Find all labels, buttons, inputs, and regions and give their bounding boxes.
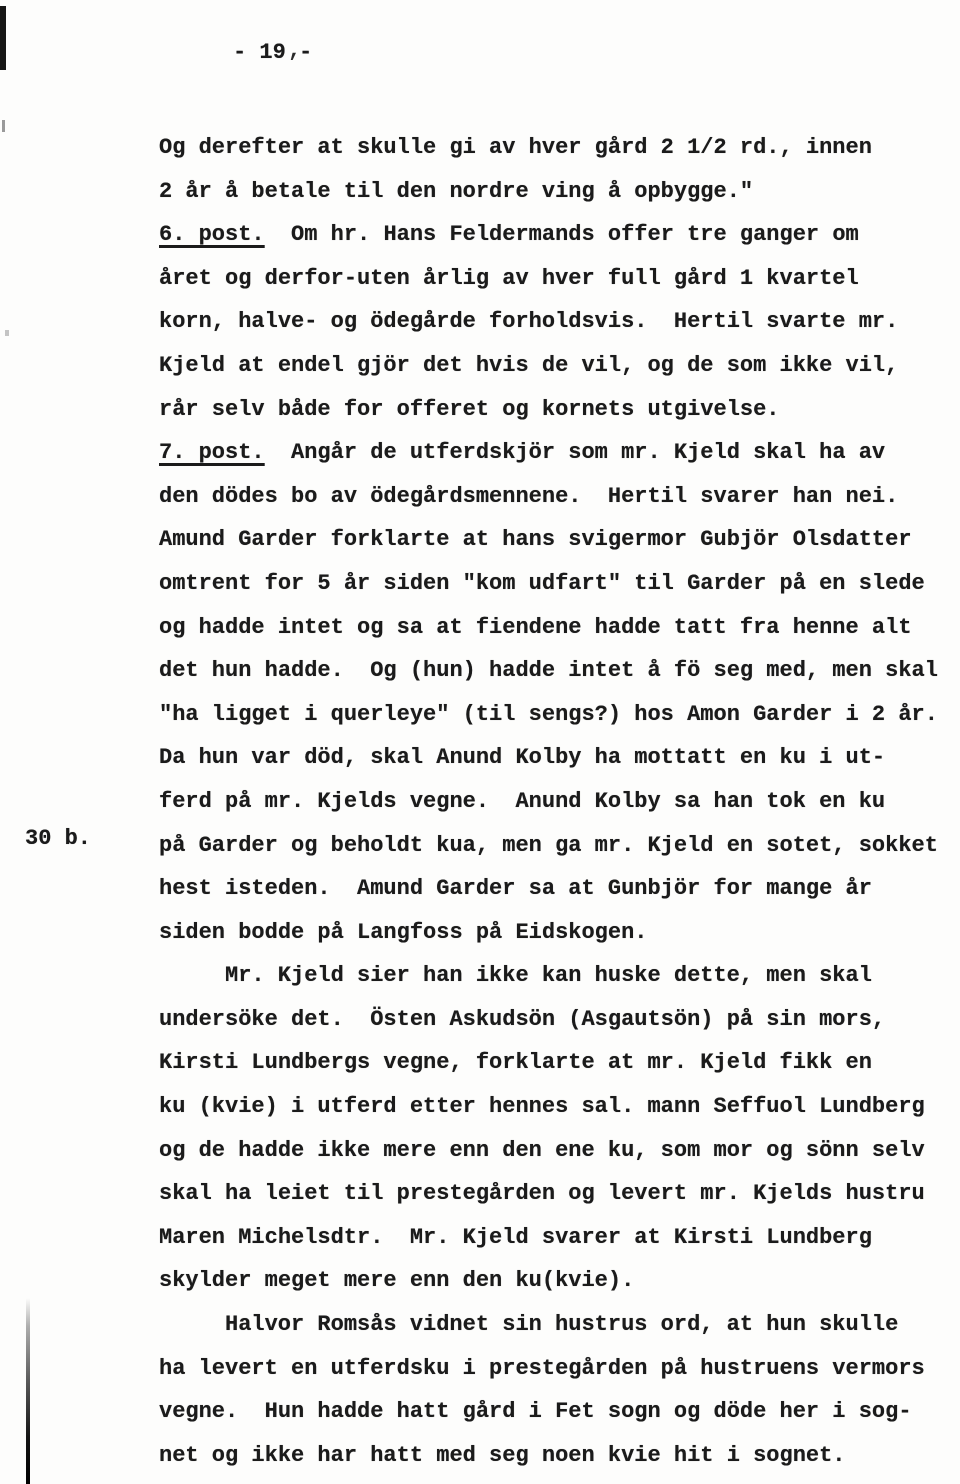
text-line: net og ikke har hatt med seg noen kvie h…: [159, 1434, 959, 1478]
text-line: ha levert en utferdsku i prestegården på…: [159, 1347, 959, 1391]
text-line: skylder meget mere enn den ku(kvie).: [159, 1259, 959, 1303]
text-line: Kirsti Lundbergs vegne, forklarte at mr.…: [159, 1041, 959, 1085]
underlined-heading: 7. post.: [159, 440, 265, 465]
scan-edge-line: [26, 1298, 30, 1484]
text-line: undersöke det. Östen Askudsön (Asgautsön…: [159, 998, 959, 1042]
text-line: og de hadde ikke mere enn den ene ku, so…: [159, 1129, 959, 1173]
text-line: 7. post. Angår de utferdskjör som mr. Kj…: [159, 431, 959, 475]
page-number: - 19 -: [233, 40, 312, 65]
text-line: og hadde intet og sa at fiendene hadde t…: [159, 606, 959, 650]
text-line: hest isteden. Amund Garder sa at Gunbjör…: [159, 867, 959, 911]
text-line: omtrent for 5 år siden "kom udfart" til …: [159, 562, 959, 606]
text-line: på Garder og beholdt kua, men ga mr. Kje…: [159, 824, 959, 868]
text-line: Halvor Romsås vidnet sin hustrus ord, at…: [159, 1303, 959, 1347]
text-line: korn, halve- og ödegårde forholdsvis. He…: [159, 300, 959, 344]
scan-edge-mark: [0, 6, 6, 70]
text-line: Maren Michelsdtr. Mr. Kjeld svarer at Ki…: [159, 1216, 959, 1260]
text-line: siden bodde på Langfoss på Eidskogen.: [159, 911, 959, 955]
scanned-typewritten-page: , - 19 - 30 b. Og derefter at skulle gi …: [0, 0, 960, 1484]
text-line: den dödes bo av ödegårdsmennene. Hertil …: [159, 475, 959, 519]
text-line: Kjeld at endel gjör det hvis de vil, og …: [159, 344, 959, 388]
text-line: 2 år å betale til den nordre ving å opby…: [159, 170, 959, 214]
scan-speck: [2, 120, 5, 132]
text-line: skal ha leiet til prestegården og levert…: [159, 1172, 959, 1216]
text-line: det hun hadde. Og (hun) hadde intet å fö…: [159, 649, 959, 693]
text-line: året og derfor-uten årlig av hver full g…: [159, 257, 959, 301]
margin-note: 30 b.: [25, 826, 91, 851]
underlined-heading: 6. post.: [159, 222, 265, 247]
text-line: "ha ligget i querleye" (til sengs?) hos …: [159, 693, 959, 737]
text-line: ferd på mr. Kjelds vegne. Anund Kolby sa…: [159, 780, 959, 824]
text-line: ku (kvie) i utferd etter hennes sal. man…: [159, 1085, 959, 1129]
scan-speck: [5, 330, 9, 336]
document-body: Og derefter at skulle gi av hver gård 2 …: [159, 126, 959, 1477]
text-line: rår selv både for offeret og kornets utg…: [159, 388, 959, 432]
text-line: Da hun var död, skal Anund Kolby ha mott…: [159, 736, 959, 780]
text-line: 6. post. Om hr. Hans Feldermands offer t…: [159, 213, 959, 257]
text-line: Og derefter at skulle gi av hver gård 2 …: [159, 126, 959, 170]
text-line: Mr. Kjeld sier han ikke kan huske dette,…: [159, 954, 959, 998]
text-line: Amund Garder forklarte at hans svigermor…: [159, 518, 959, 562]
text-line: vegne. Hun hadde hatt gård i Fet sogn og…: [159, 1390, 959, 1434]
